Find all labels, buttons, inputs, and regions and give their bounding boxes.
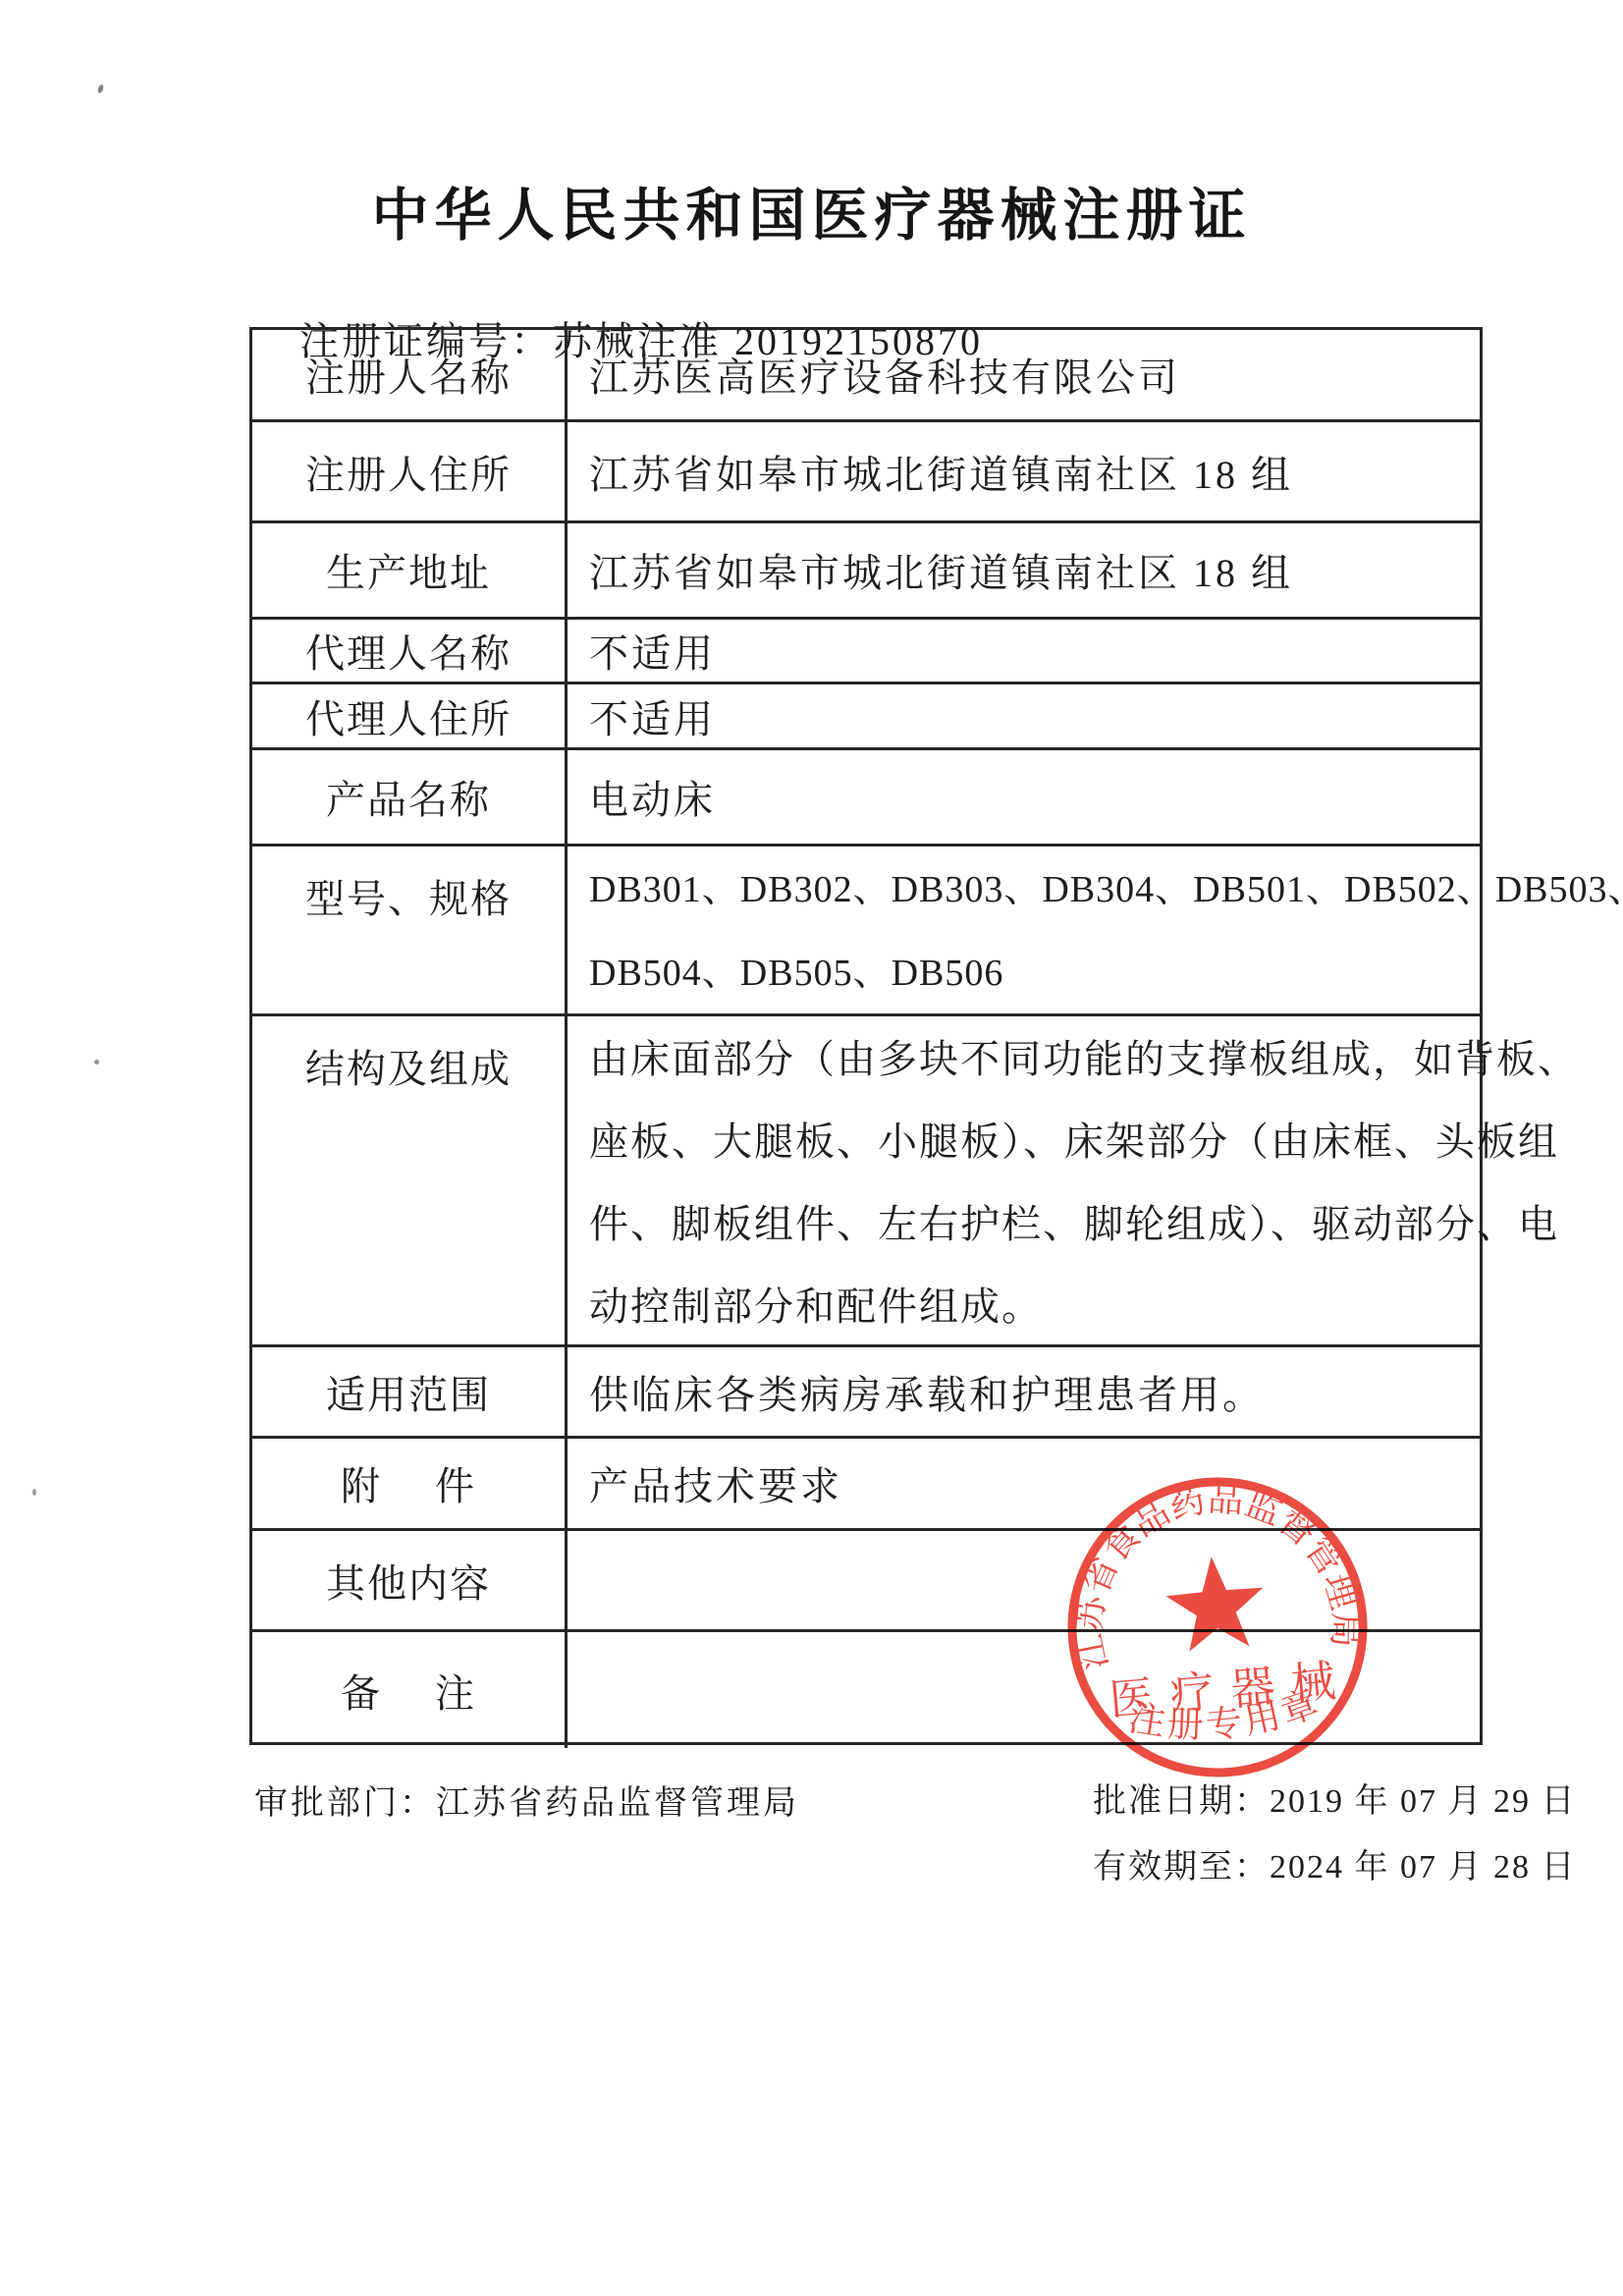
row-label: 结构及组成 [252, 1016, 568, 1344]
row-label: 注册人名称 [252, 330, 568, 419]
row-label: 注册人住所 [252, 422, 568, 520]
row-label: 备 注 [252, 1632, 568, 1748]
row-value: 电动床 [568, 750, 1480, 844]
scan-speck [94, 1060, 99, 1065]
row-value: 不适用 [568, 620, 1480, 682]
row-label: 代理人名称 [252, 620, 568, 682]
structure-line: 由床面部分（由多块不同功能的支撑板组成，如背板、 [589, 1018, 1579, 1101]
scan-speck [32, 1489, 36, 1496]
table-row: 产品名称 电动床 [252, 750, 1480, 847]
table-row: 适用范围 供临床各类病房承载和护理患者用。 [252, 1347, 1480, 1439]
table-row: 注册人住所 江苏省如皋市城北街道镇南社区 18 组 [252, 422, 1480, 523]
table-row: 生产地址 江苏省如皋市城北街道镇南社区 18 组 [252, 523, 1480, 620]
row-label: 代理人住所 [252, 684, 568, 747]
row-label: 产品名称 [252, 750, 568, 844]
row-value: 不适用 [568, 684, 1480, 747]
valid-until-date: 有效期至：2024 年 07 月 28 日 [1093, 1839, 1577, 1887]
approval-department: 审批部门：江苏省药品监督管理局 [254, 1776, 799, 1824]
row-label: 附 件 [252, 1439, 568, 1528]
table-row: 代理人住所 不适用 [252, 684, 1480, 750]
table-row: 代理人名称 不适用 [252, 620, 1480, 684]
table-row: 型号、规格 DB301、DB302、DB303、DB304、DB501、DB50… [252, 847, 1480, 1016]
structure-line: 动控制部分和配件组成。 [589, 1266, 1579, 1348]
row-value: DB301、DB302、DB303、DB304、DB501、DB502、DB50… [568, 847, 1623, 1013]
row-label: 型号、规格 [252, 847, 568, 1013]
structure-line: 件、脚板组件、左右护栏、脚轮组成）、驱动部分、电 [589, 1183, 1579, 1266]
certificate-page: 中华人民共和国医疗器械注册证 注册证编号：苏械注准 20192150870 注册… [0, 0, 1623, 2296]
scan-speck [97, 83, 105, 93]
row-value: 由床面部分（由多块不同功能的支撑板组成，如背板、 座板、大腿板、小腿板）、床架部… [568, 1016, 1579, 1344]
table-row: 注册人名称 江苏医高医疗设备科技有限公司 [252, 330, 1480, 422]
row-label: 生产地址 [252, 523, 568, 617]
row-label: 其他内容 [252, 1531, 568, 1629]
row-value: 江苏省如皋市城北街道镇南社区 18 组 [568, 523, 1480, 617]
page-title: 中华人民共和国医疗器械注册证 [0, 169, 1623, 251]
official-seal: 江苏省食品药品监督管理局 医疗器械 注册专用章 [1040, 1449, 1395, 1805]
table-row: 结构及组成 由床面部分（由多块不同功能的支撑板组成，如背板、 座板、大腿板、小腿… [252, 1016, 1480, 1347]
approval-date: 批准日期：2019 年 07 月 29 日 [1093, 1774, 1577, 1822]
model-line: DB504、DB505、DB506 [589, 932, 1623, 1015]
row-value: 江苏省如皋市城北街道镇南社区 18 组 [568, 422, 1480, 520]
model-line: DB301、DB302、DB303、DB304、DB501、DB502、DB50… [589, 848, 1623, 932]
seal-star-icon [1163, 1553, 1268, 1653]
row-value: 供临床各类病房承载和护理患者用。 [568, 1347, 1480, 1436]
row-label: 适用范围 [252, 1347, 568, 1436]
row-value: 江苏医高医疗设备科技有限公司 [568, 330, 1480, 419]
structure-line: 座板、大腿板、小腿板）、床架部分（由床框、头板组 [589, 1101, 1579, 1183]
